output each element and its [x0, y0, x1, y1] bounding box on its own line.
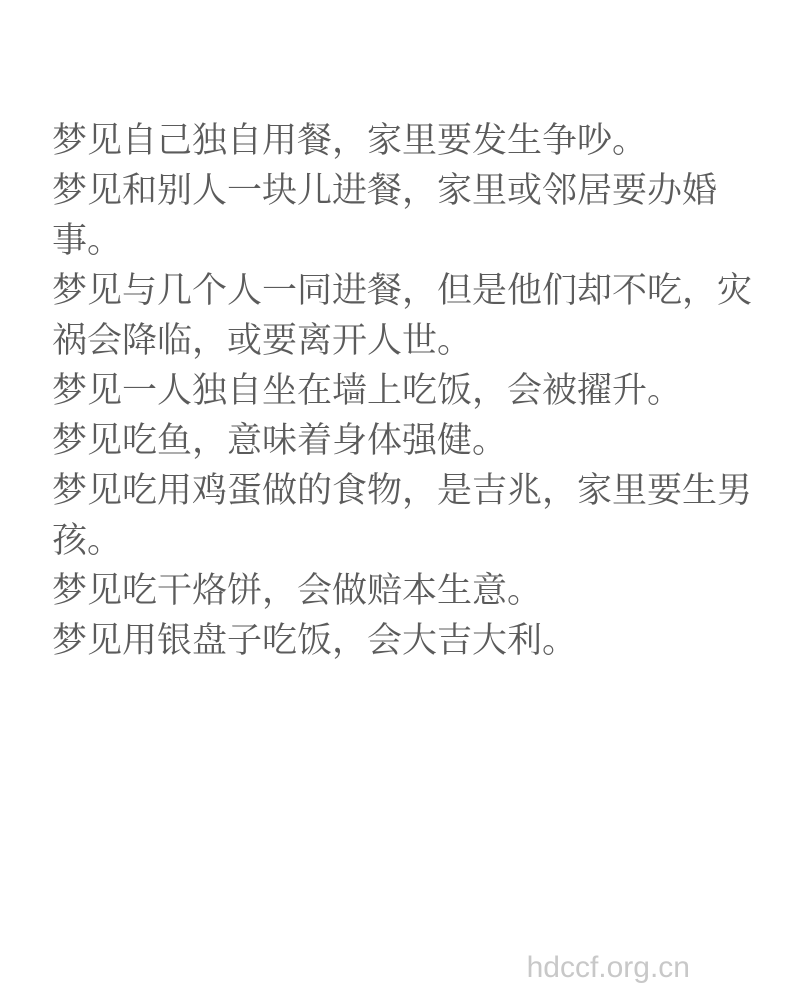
text-line: 梦见与几个人一同进餐，但是他们却不吃，灾 [52, 266, 752, 316]
watermark-text: hdccf.org.cn [527, 953, 690, 983]
dream-interpretation-text: 梦见自己独自用餐，家里要发生争吵。梦见和别人一块儿进餐，家里或邻居要办婚事。梦见… [52, 116, 752, 666]
document-page: 梦见自己独自用餐，家里要发生争吵。梦见和别人一块儿进餐，家里或邻居要办婚事。梦见… [0, 0, 800, 1001]
text-line: 梦见一人独自坐在墙上吃饭，会被擢升。 [52, 366, 752, 416]
text-line: 梦见用银盘子吃饭，会大吉大利。 [52, 616, 752, 666]
text-line: 梦见吃鱼，意味着身体强健。 [52, 416, 752, 466]
text-line: 梦见吃用鸡蛋做的食物，是吉兆，家里要生男 [52, 466, 752, 516]
text-line: 梦见和别人一块儿进餐，家里或邻居要办婚 [52, 166, 752, 216]
text-line: 梦见自己独自用餐，家里要发生争吵。 [52, 116, 752, 166]
text-line: 孩。 [52, 516, 752, 566]
text-line: 事。 [52, 216, 752, 266]
text-line: 祸会降临，或要离开人世。 [52, 316, 752, 366]
text-line: 梦见吃干烙饼，会做赔本生意。 [52, 566, 752, 616]
